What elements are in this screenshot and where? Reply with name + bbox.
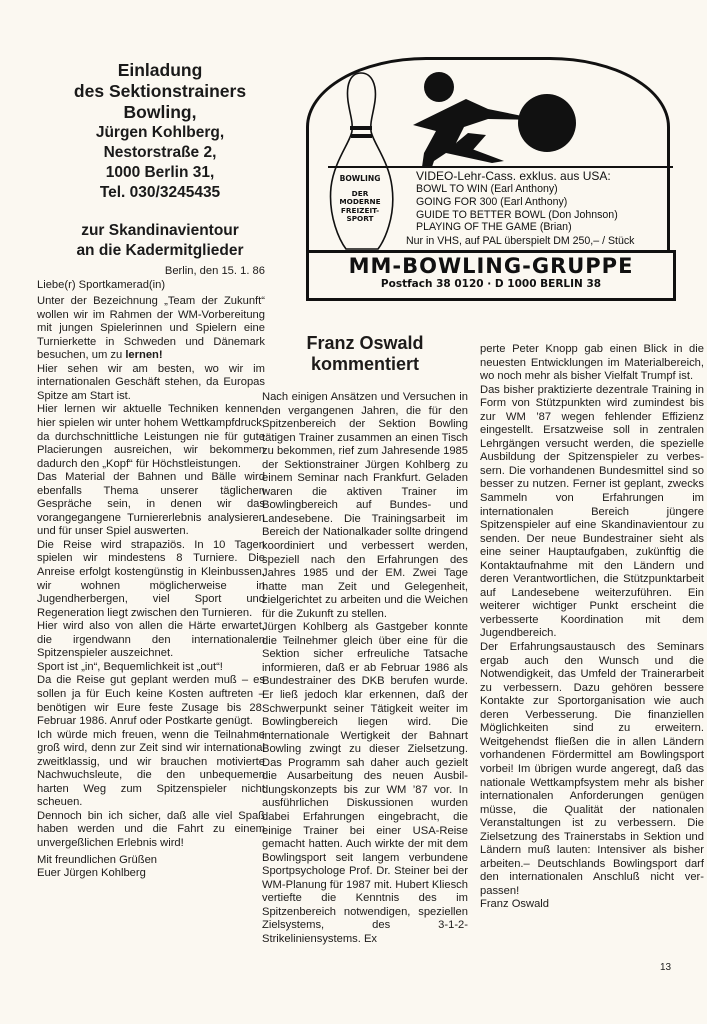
pin-brand: BOWLING — [324, 175, 396, 183]
letter-paragraph: Hier wird also von allen die Härte erwar… — [37, 620, 265, 661]
invitation-heading: Einladung des Sektionstrainers Bowling, … — [40, 60, 280, 261]
invitation-letter: Berlin, den 15. 1. 86 Liebe(r) Sportkame… — [37, 265, 265, 881]
letter-closing: Mit freundlichen Grüßen — [37, 854, 265, 868]
invitation-title-line: Bowling, — [40, 102, 280, 123]
address-line: Jürgen Kohlberg, — [40, 123, 280, 143]
pin-label: BOWLING DER MODERNE FREIZEIT- SPORT — [324, 175, 396, 223]
phone-line: Tel. 030/3245435 — [40, 183, 280, 203]
commentary-paragraph: Der Erfahrungsaustausch des Semi­nars er… — [480, 641, 704, 898]
commentary-title-line: Franz Oswald — [262, 333, 468, 354]
emphasis-word: lernen! — [125, 349, 162, 361]
commentary-title: Franz Oswald kommentiert — [262, 333, 468, 375]
commentary-paragraph: Nach einigen Ansätzen und Versu­chen in … — [262, 391, 468, 621]
letter-paragraph: Sport ist „in“, Bequemlichkeit ist „out“… — [37, 661, 265, 675]
commentary-column-middle: Nach einigen Ansätzen und Versu­chen in … — [262, 391, 468, 946]
video-title: GOING FOR 300 (Earl Anthony) — [416, 196, 676, 209]
invitation-title-line: Einladung — [40, 60, 280, 81]
pin-slogan-line: SPORT — [324, 215, 396, 223]
video-title: BOWL TO WIN (Earl Anthony) — [416, 183, 676, 196]
video-heading: VIDEO-Lehr-Cass. exklus. aus USA: — [416, 169, 676, 183]
page-number: 13 — [660, 962, 671, 973]
company-name: MM-BOWLING-GRUPPE — [309, 254, 673, 278]
commentary-paragraph: Jürgen Kohlberg als Gastgeber konn­te di… — [262, 621, 468, 946]
advertisement: BOWLING DER MODERNE FREIZEIT- SPORT VIDE… — [306, 57, 676, 301]
company-address: Postfach 38 0120 · D 1000 BERLIN 38 — [309, 278, 673, 291]
invitation-subtitle-line: an die Kadermitglieder — [40, 241, 280, 261]
commentary-paragraph: perte Peter Knopp gab einen Blick in die… — [480, 343, 704, 384]
price-note: Nur in VHS, auf PAL überspielt DM 250,– … — [406, 235, 676, 248]
commentary-paragraph: Das bisher praktizierte dezentrale Train… — [480, 384, 704, 641]
invitation-subtitle-line: zur Skandinavientour — [40, 221, 280, 241]
ad-divider — [328, 166, 673, 168]
letter-signature: Euer Jürgen Kohlberg — [37, 867, 265, 881]
video-title: PLAYING OF THE GAME (Brian) — [416, 221, 676, 234]
letter-paragraph: Ich würde mich freuen, wenn die Teil­nah… — [37, 729, 265, 810]
letter-paragraph: Hier sehen wir am besten, wo wir im inte… — [37, 363, 265, 404]
letter-paragraph: Hier lernen wir aktuelle Techniken kenne… — [37, 403, 265, 471]
commentary-author: Franz Oswald — [480, 898, 704, 912]
letter-paragraph: Das Material der Bahnen und Bälle wird e… — [37, 471, 265, 539]
invitation-title-line: des Sektionstrainers — [40, 81, 280, 102]
address-line: Nestorstraße 2, — [40, 143, 280, 163]
letter-date: Berlin, den 15. 1. 86 — [37, 265, 265, 279]
video-title: GUIDE TO BETTER BOWL (Don Johnson) — [416, 209, 676, 222]
letter-paragraph: Da die Reise gut geplant werden muß – es… — [37, 674, 265, 728]
commentary-title-line: kommentiert — [262, 354, 468, 375]
letter-paragraph: Die Reise wird strapaziös. In 10 Tagen s… — [37, 539, 265, 620]
address-line: 1000 Berlin 31, — [40, 163, 280, 183]
letter-paragraph: Unter der Bezeichnung „Team der Zukunft“… — [37, 295, 265, 363]
letter-salutation: Liebe(r) Sportkamerad(in) — [37, 279, 265, 293]
bowling-ball-icon — [518, 94, 576, 152]
video-cassette-list: VIDEO-Lehr-Cass. exklus. aus USA: BOWL T… — [416, 169, 676, 248]
letter-paragraph: Dennoch bin ich sicher, daß alle viel Sp… — [37, 810, 265, 851]
company-banner: MM-BOWLING-GRUPPE Postfach 38 0120 · D 1… — [306, 250, 676, 301]
commentary-column-right: perte Peter Knopp gab einen Blick in die… — [480, 343, 704, 912]
